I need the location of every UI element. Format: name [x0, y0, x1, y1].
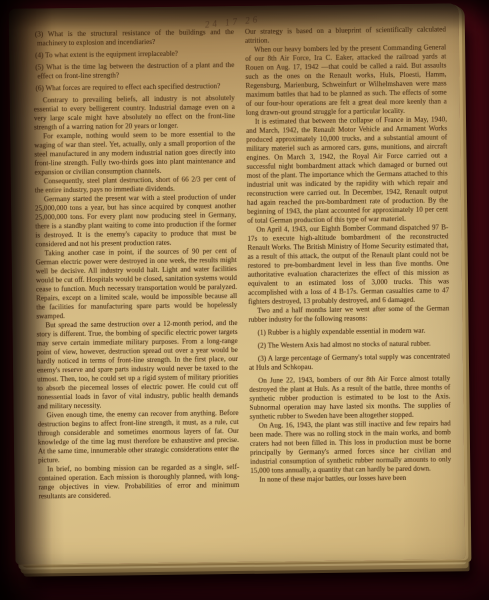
paragraph: Taking another case in point, if the sou…	[36, 247, 238, 321]
right-column: Our strategy is based on a blueprint of …	[245, 25, 452, 545]
gutter-shadow	[0, 0, 52, 600]
list-item: (1) Rubber is a highly expendable essent…	[249, 326, 450, 337]
paragraph: On April 4, 1943, our Eighth Bomber Comm…	[247, 223, 449, 306]
paragraph: On June 22, 1943, bombers of our 8th Air…	[249, 374, 451, 421]
question-item: (6) What forces are required to effect e…	[34, 82, 235, 93]
question-item: (5) What is the time lag between the des…	[33, 61, 234, 81]
paragraph: In brief, no bombing mission can be rega…	[38, 463, 239, 501]
left-column: (3) What is the structural resistance of…	[33, 28, 240, 548]
list-item: (2) The Western Axis had almost no stock…	[249, 339, 450, 350]
list-item: (3) A large percentage of Germany's tota…	[249, 352, 450, 372]
question-item: (4) To what extent is the equipment irre…	[33, 49, 234, 60]
paragraph: Two and a half months later we went afte…	[248, 304, 449, 324]
page-curl-shadow	[0, 0, 489, 30]
book-photo: 24 17 26 (3) What is the structural resi…	[0, 0, 489, 600]
question-item: (3) What is the structural resistance of…	[33, 28, 234, 48]
paragraph: When our heavy bombers led by the presen…	[245, 43, 447, 117]
paragraph: It is estimated that between the collaps…	[246, 115, 448, 225]
book-page: 24 17 26 (3) What is the structural resi…	[9, 3, 466, 564]
page-text: (3) What is the structural resistance of…	[33, 25, 452, 548]
paragraph: On Aug. 16, 1943, the plant was still in…	[250, 419, 452, 475]
paragraph: But spread the same destruction over a 1…	[36, 319, 238, 411]
paragraph: Contrary to prevailing beliefs, all indu…	[34, 94, 235, 132]
paragraph: Given enough time, the enemy can recover…	[38, 409, 240, 465]
paragraph: In none of these major battles, our loss…	[250, 473, 451, 484]
paragraph: For example, nothing would seem to be mo…	[34, 130, 236, 177]
paragraph: Germany started the present war with a s…	[35, 193, 237, 249]
